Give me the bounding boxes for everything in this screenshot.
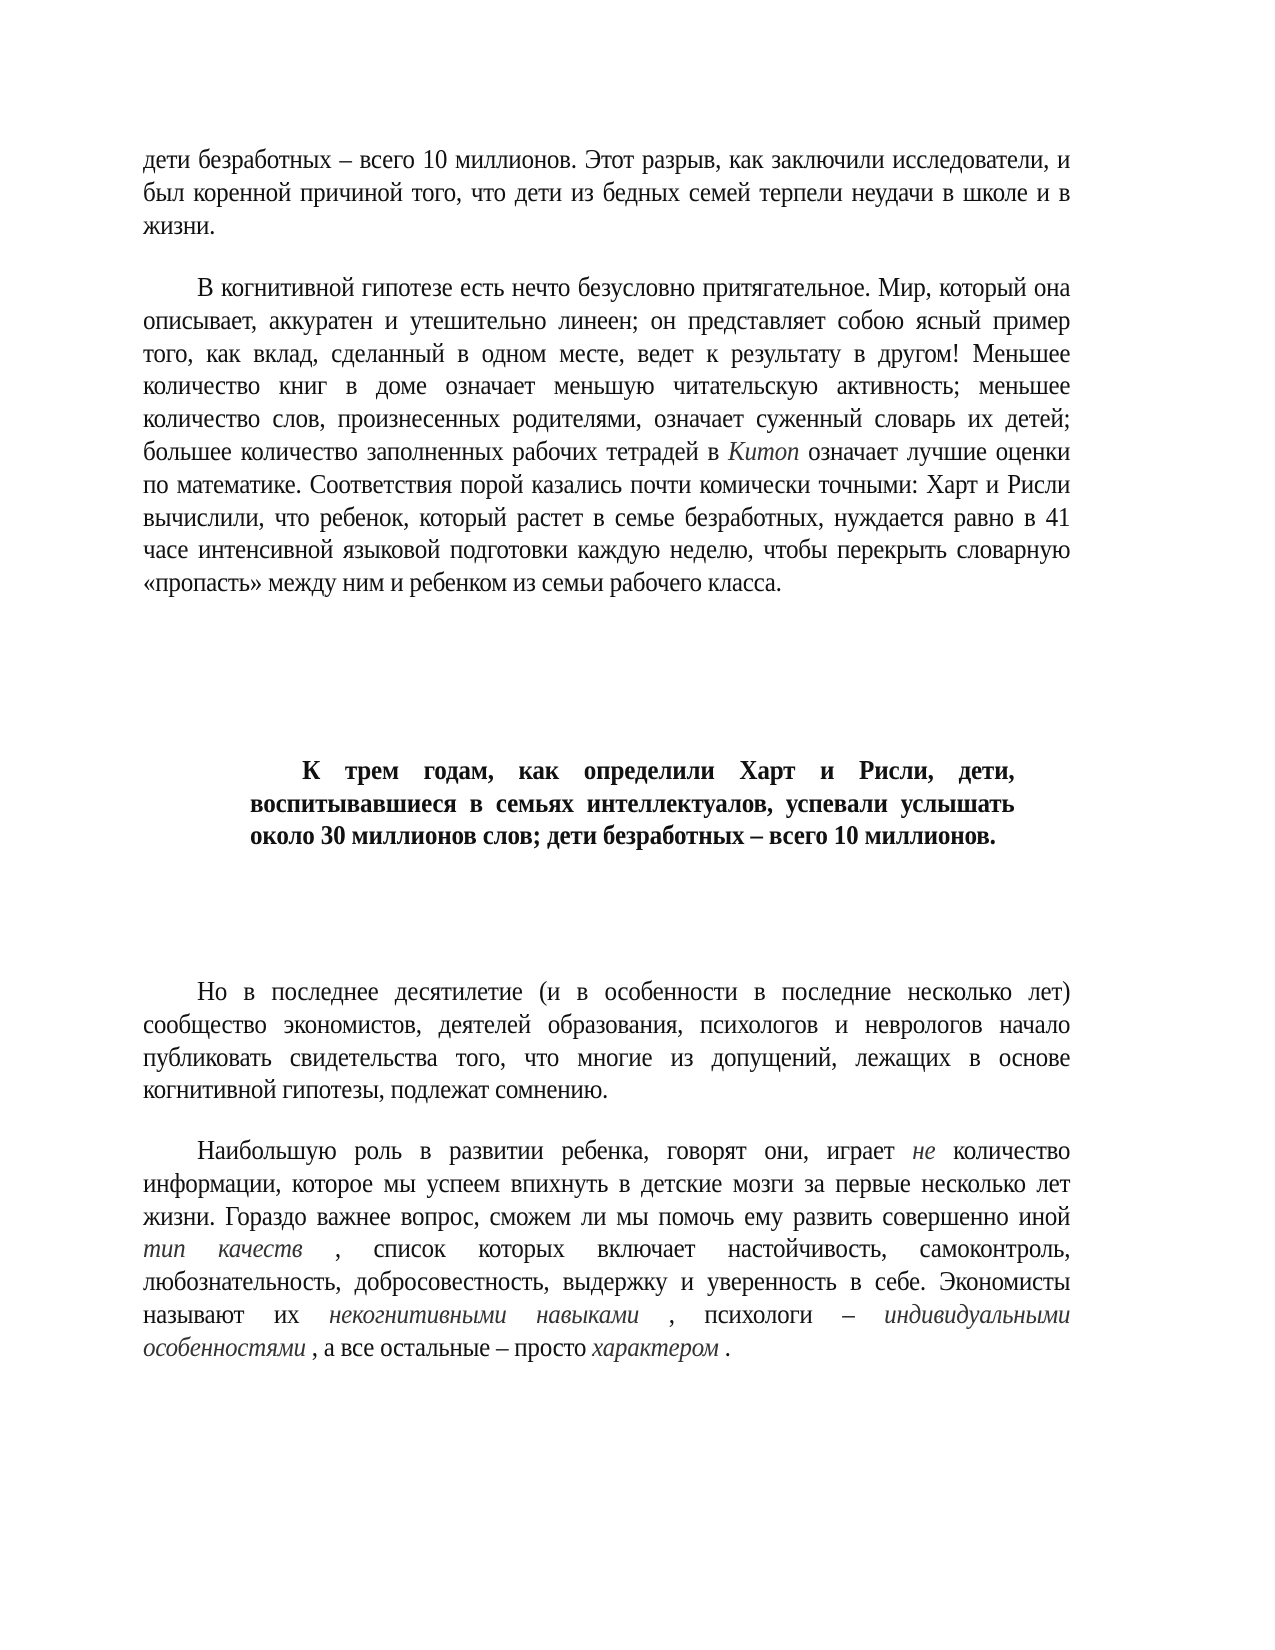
pull-quote: К трем годам, как определили Харт и Рисл…: [250, 754, 1014, 852]
paragraph-text: дети безработных – всего 10 миллионов. Э…: [143, 144, 1070, 240]
document-page: дети безработных – всего 10 миллионов. Э…: [0, 0, 1275, 1650]
italic-term-character: характером: [592, 1332, 719, 1362]
paragraph-continuation: дети безработных – всего 10 миллионов. Э…: [143, 143, 1070, 241]
paragraph-last-decade: Но в последнее десятилетие (и в особенно…: [143, 975, 1070, 1106]
italic-term-not: не: [912, 1135, 935, 1165]
italic-term-type-of-qualities: тип качеств: [143, 1233, 302, 1263]
paragraph-character: Наибольшую роль в развитии ребенка, гово…: [143, 1134, 1070, 1364]
paragraph-cognitive-hypothesis: В когнитивной гипотезе есть нечто безусл…: [143, 271, 1070, 599]
paragraph-text: .: [719, 1332, 731, 1362]
italic-term-noncognitive-skills: некогнитивными навыками: [329, 1299, 639, 1329]
paragraph-text: Наибольшую роль в развитии ребенка, гово…: [197, 1135, 912, 1165]
paragraph-text: , психологи –: [639, 1299, 884, 1329]
paragraph-text: Но в последнее десятилетие (и в особенно…: [143, 976, 1070, 1104]
paragraph-text: , а все остальные – просто: [306, 1332, 592, 1362]
italic-term-kumon: Kumon: [728, 436, 799, 466]
pull-quote-text: К трем годам, как определили Харт и Рисл…: [250, 755, 1014, 850]
